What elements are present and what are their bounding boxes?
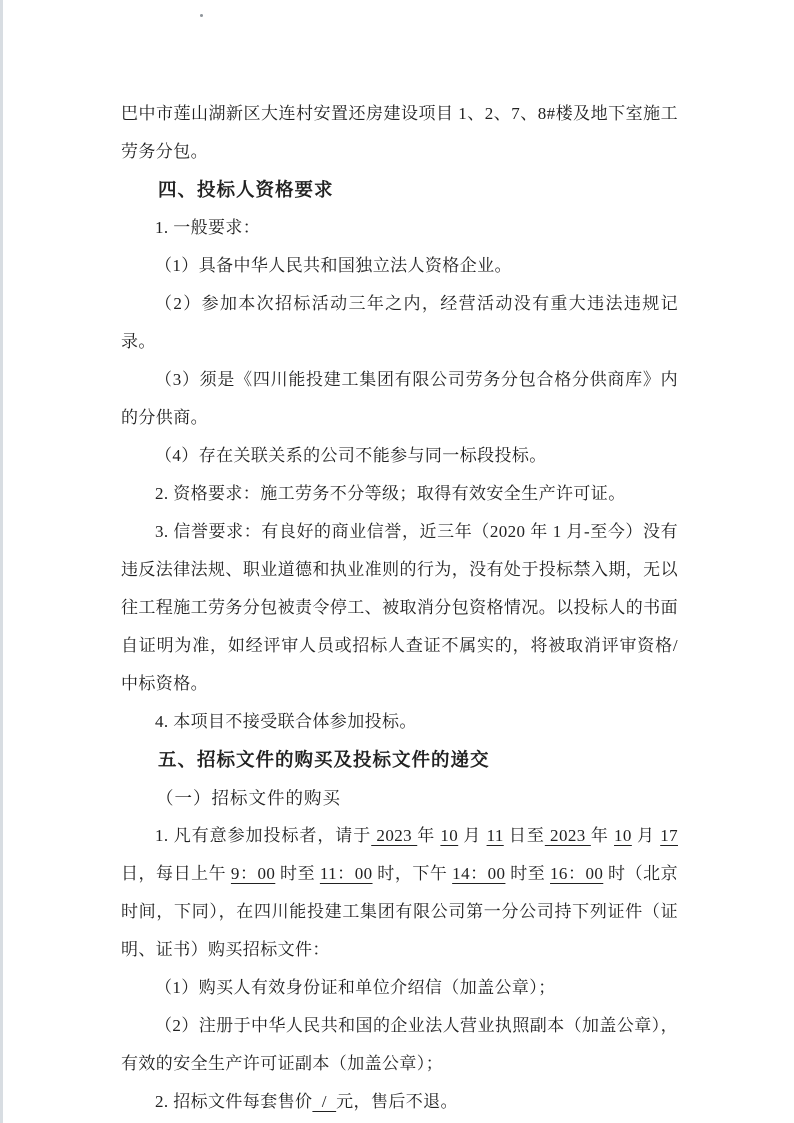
underlined-blank-value: 2023	[371, 826, 417, 845]
project-name-continuation: 巴中市莲山湖新区大连村安置还房建设项目 1、2、7、8#楼及地下室施工劳务分包。	[121, 95, 678, 171]
general-requirements-intro: 1. 一般要求：	[121, 209, 678, 247]
reputation-requirement: 3. 信誉要求：有良好的商业信誉，近三年（2020 年 1 月-至今）没有违反法…	[121, 513, 678, 703]
underlined-blank-value: 11	[487, 826, 504, 845]
general-requirement-2: （2）参加本次招标活动三年之内，经营活动没有重大违法违规记录。	[121, 285, 678, 361]
general-requirement-4: （4）存在关联关系的公司不能参与同一标段投标。	[121, 437, 678, 475]
general-requirement-1: （1）具备中华人民共和国独立法人资格企业。	[121, 247, 678, 285]
qualification-requirement: 2. 资格要求：施工劳务不分等级；取得有效安全生产许可证。	[121, 475, 678, 513]
section-4-heading: 四、投标人资格要求	[121, 171, 678, 209]
scan-speck	[200, 14, 203, 17]
purchase-time-paragraph: 1. 凡有意参加投标者，请于 2023 年 10 月 11 日至 2023 年 …	[121, 817, 678, 969]
underlined-blank-value: 10	[614, 826, 632, 845]
underlined-blank-value: 14：00	[452, 864, 505, 883]
section-5-heading: 五、招标文件的购买及投标文件的递交	[121, 741, 678, 779]
underlined-blank-value: 16：00	[550, 864, 603, 883]
underlined-blank-value: 9：00	[231, 864, 275, 883]
general-requirement-3: （3）须是《四川能投建工集团有限公司劳务分包合格分供商库》内的分供商。	[121, 361, 678, 437]
underlined-blank-value: 17	[660, 826, 678, 845]
document-page: 巴中市莲山湖新区大连村安置还房建设项目 1、2、7、8#楼及地下室施工劳务分包。…	[0, 0, 794, 1123]
scan-edge-artifact	[0, 0, 3, 1123]
purchase-certificate-1: （1）购买人有效身份证和单位介绍信（加盖公章）；	[121, 969, 678, 1007]
document-price-clause: 2. 招标文件每套售价 / 元，售后不退。	[121, 1083, 678, 1121]
underlined-blank-value: 10	[440, 826, 458, 845]
underlined-blank-value: /	[312, 1092, 336, 1111]
no-consortium-clause: 4. 本项目不接受联合体参加投标。	[121, 703, 678, 741]
subsection-1-heading: （一）招标文件的购买	[121, 779, 678, 817]
document-body: 巴中市莲山湖新区大连村安置还房建设项目 1、2、7、8#楼及地下室施工劳务分包。…	[121, 95, 678, 1121]
purchase-certificate-2: （2）注册于中华人民共和国的企业法人营业执照副本（加盖公章），有效的安全生产许可…	[121, 1007, 678, 1083]
underlined-blank-value: 11：00	[320, 864, 373, 883]
underlined-blank-value: 2023	[545, 826, 591, 845]
